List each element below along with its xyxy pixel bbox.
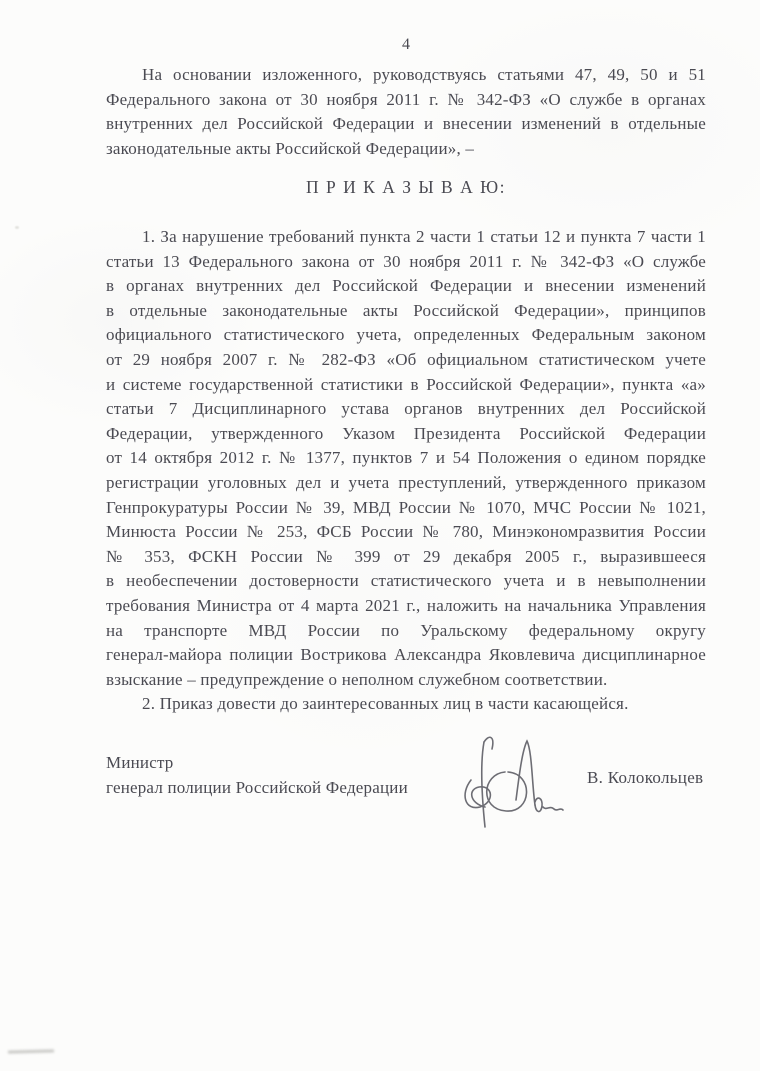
text-line: в необеспечении достоверности статистиче… bbox=[106, 569, 706, 594]
document-page: 4 На основании изложенного, руководствуя… bbox=[0, 0, 760, 1071]
text-line: № 353, ФСКН России № 399 от 29 декабря 2… bbox=[106, 545, 706, 570]
text-line: от 14 октября 2012 г. № 1377, пунктов 7 … bbox=[106, 446, 706, 471]
order-item-2: 2. Приказ довести до заинтересованных ли… bbox=[106, 692, 706, 717]
text-line: Федерации, утвержденного Указом Президен… bbox=[106, 422, 706, 447]
text-line: взыскание – предупреждение о неполном сл… bbox=[106, 668, 706, 693]
text-line: регистрации уголовных дел и учета престу… bbox=[106, 471, 706, 496]
text-line: на транспорте МВД России по Уральскому ф… bbox=[106, 619, 706, 644]
text-line: Федерального закона от 30 ноября 2011 г.… bbox=[106, 88, 706, 113]
order-heading: П Р И К А З Ы В А Ю: bbox=[106, 177, 706, 198]
text-line: 2. Приказ довести до заинтересованных ли… bbox=[106, 692, 706, 717]
text-line: На основании изложенного, руководствуясь… bbox=[106, 63, 706, 88]
text-line: внутренних дел Российской Федерации и вн… bbox=[106, 112, 706, 137]
text-line: статьи 7 Дисциплинарного устава органов … bbox=[106, 397, 706, 422]
text-line: требования Министра от 4 марта 2021 г., … bbox=[106, 594, 706, 619]
text-line: Минюста России № 253, ФСБ России № 780, … bbox=[106, 520, 706, 545]
text-line: законодательные акты Российской Федераци… bbox=[106, 137, 706, 162]
signature-icon bbox=[448, 732, 566, 832]
text-line: в отдельные законодательные акты Российс… bbox=[106, 299, 706, 324]
text-line: Генпрокуратуры России № 39, МВД России №… bbox=[106, 496, 706, 521]
minister-name: В. Колокольцев bbox=[587, 768, 703, 788]
intro-paragraph: На основании изложенного, руководствуясь… bbox=[106, 63, 706, 161]
order-item-1: 1. За нарушение требований пункта 2 част… bbox=[106, 225, 706, 692]
text-line: статьи 13 Федерального закона от 30 нояб… bbox=[106, 250, 706, 275]
text-line: 1. За нарушение требований пункта 2 част… bbox=[106, 225, 706, 250]
scan-smudge-artifact bbox=[8, 1049, 54, 1053]
page-number: 4 bbox=[106, 36, 706, 54]
scan-dot-artifact bbox=[15, 226, 19, 229]
text-line: от 29 ноября 2007 г. № 282-ФЗ «Об официа… bbox=[106, 348, 706, 373]
text-line: официального статистического учета, опре… bbox=[106, 323, 706, 348]
text-line: генерал-майора полиции Вострикова Алекса… bbox=[106, 643, 706, 668]
text-line: и системе государственной статистики в Р… bbox=[106, 373, 706, 398]
text-line: в органах внутренних дел Российской Феде… bbox=[106, 274, 706, 299]
